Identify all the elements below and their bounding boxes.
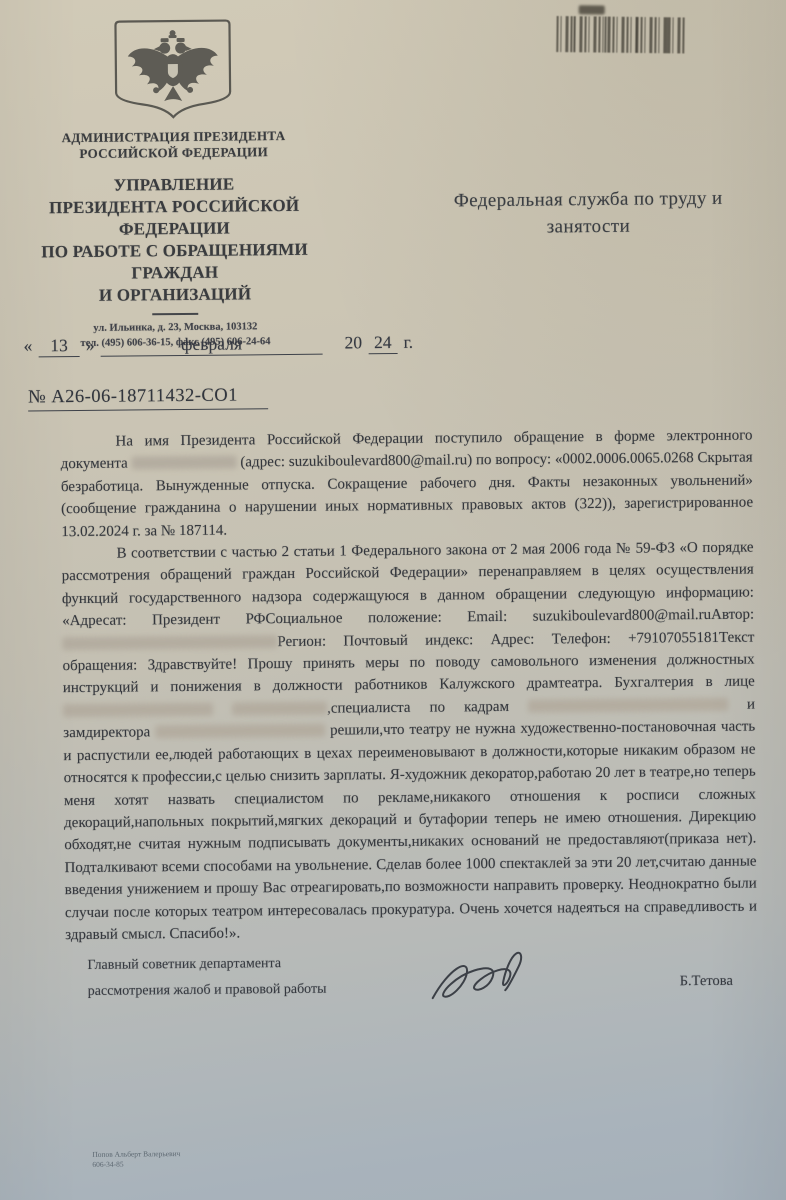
executor-note: Попов Альберт Валерьевич 606-34-85 — [92, 1149, 180, 1170]
body-text: На имя Президента Российской Федерации п… — [60, 425, 757, 947]
body-paragraph: В соответствии с частью 2 статьи 1 Федер… — [61, 537, 757, 947]
org-name-line2: РОССИЙСКОЙ ФЕДЕРАЦИИ — [0, 143, 352, 162]
date-line: « 13 » февраля 20 24 г. — [23, 332, 413, 358]
signer-title-line2: рассмотрения жалоб и правовой работы — [88, 977, 327, 1005]
date-month: февраля — [100, 333, 322, 357]
signer-title: Главный советник департамента рассмотрен… — [87, 951, 326, 1005]
dept-name-line4: И ОРГАНИЗАЦИЙ — [0, 282, 353, 307]
date-year: 24 — [368, 332, 398, 354]
letterhead: АДМИНИСТРАЦИЯ ПРЕЗИДЕНТА РОССИЙСКОЙ ФЕДЕ… — [0, 16, 354, 351]
date-suffix: г. — [403, 332, 413, 353]
handwritten-signature — [421, 932, 540, 1015]
date-open-quote: « — [23, 335, 32, 356]
recipient: Федеральная служба по труду и занятости — [414, 184, 763, 241]
coat-of-arms-icon — [111, 18, 234, 123]
body-paragraph: На имя Президента Российской Федерации п… — [60, 425, 753, 544]
scanned-letter-photo: АДМИНИСТРАЦИЯ ПРЕЗИДЕНТА РОССИЙСКОЙ ФЕДЕ… — [0, 0, 786, 1200]
redacted-text — [63, 703, 213, 717]
signer-name: Б.Тетова — [680, 973, 733, 991]
letterhead-divider — [152, 313, 198, 315]
executor-name: Попов Альберт Валерьевич — [92, 1149, 180, 1160]
dept-name-line3: ПО РАБОТЕ С ОБРАЩЕНИЯМИ ГРАЖДАН — [0, 238, 353, 285]
executor-phone: 606-34-85 — [92, 1159, 180, 1170]
barcode-icon — [556, 16, 684, 53]
letter-sheet: АДМИНИСТРАЦИЯ ПРЕЗИДЕНТА РОССИЙСКОЙ ФЕДЕ… — [0, 0, 786, 1200]
dept-name-line2: ПРЕЗИДЕНТА РОССИЙСКОЙ ФЕДЕРАЦИИ — [0, 194, 353, 241]
date-close-quote: » — [86, 335, 95, 356]
redacted-text — [232, 702, 327, 716]
double-headed-eagle — [128, 30, 219, 102]
doc-number: № А26-06-18711432-СО1 — [28, 385, 268, 408]
date-day: 13 — [38, 335, 80, 357]
redacted-text — [132, 456, 237, 470]
signer-title-line1: Главный советник департамента — [87, 951, 326, 979]
barcode-caption-smudge — [579, 5, 605, 14]
barcode-block — [556, 5, 689, 53]
date-century: 20 — [344, 332, 362, 353]
redacted-text — [62, 635, 277, 650]
redacted-text — [528, 698, 728, 713]
redacted-text — [155, 724, 325, 739]
